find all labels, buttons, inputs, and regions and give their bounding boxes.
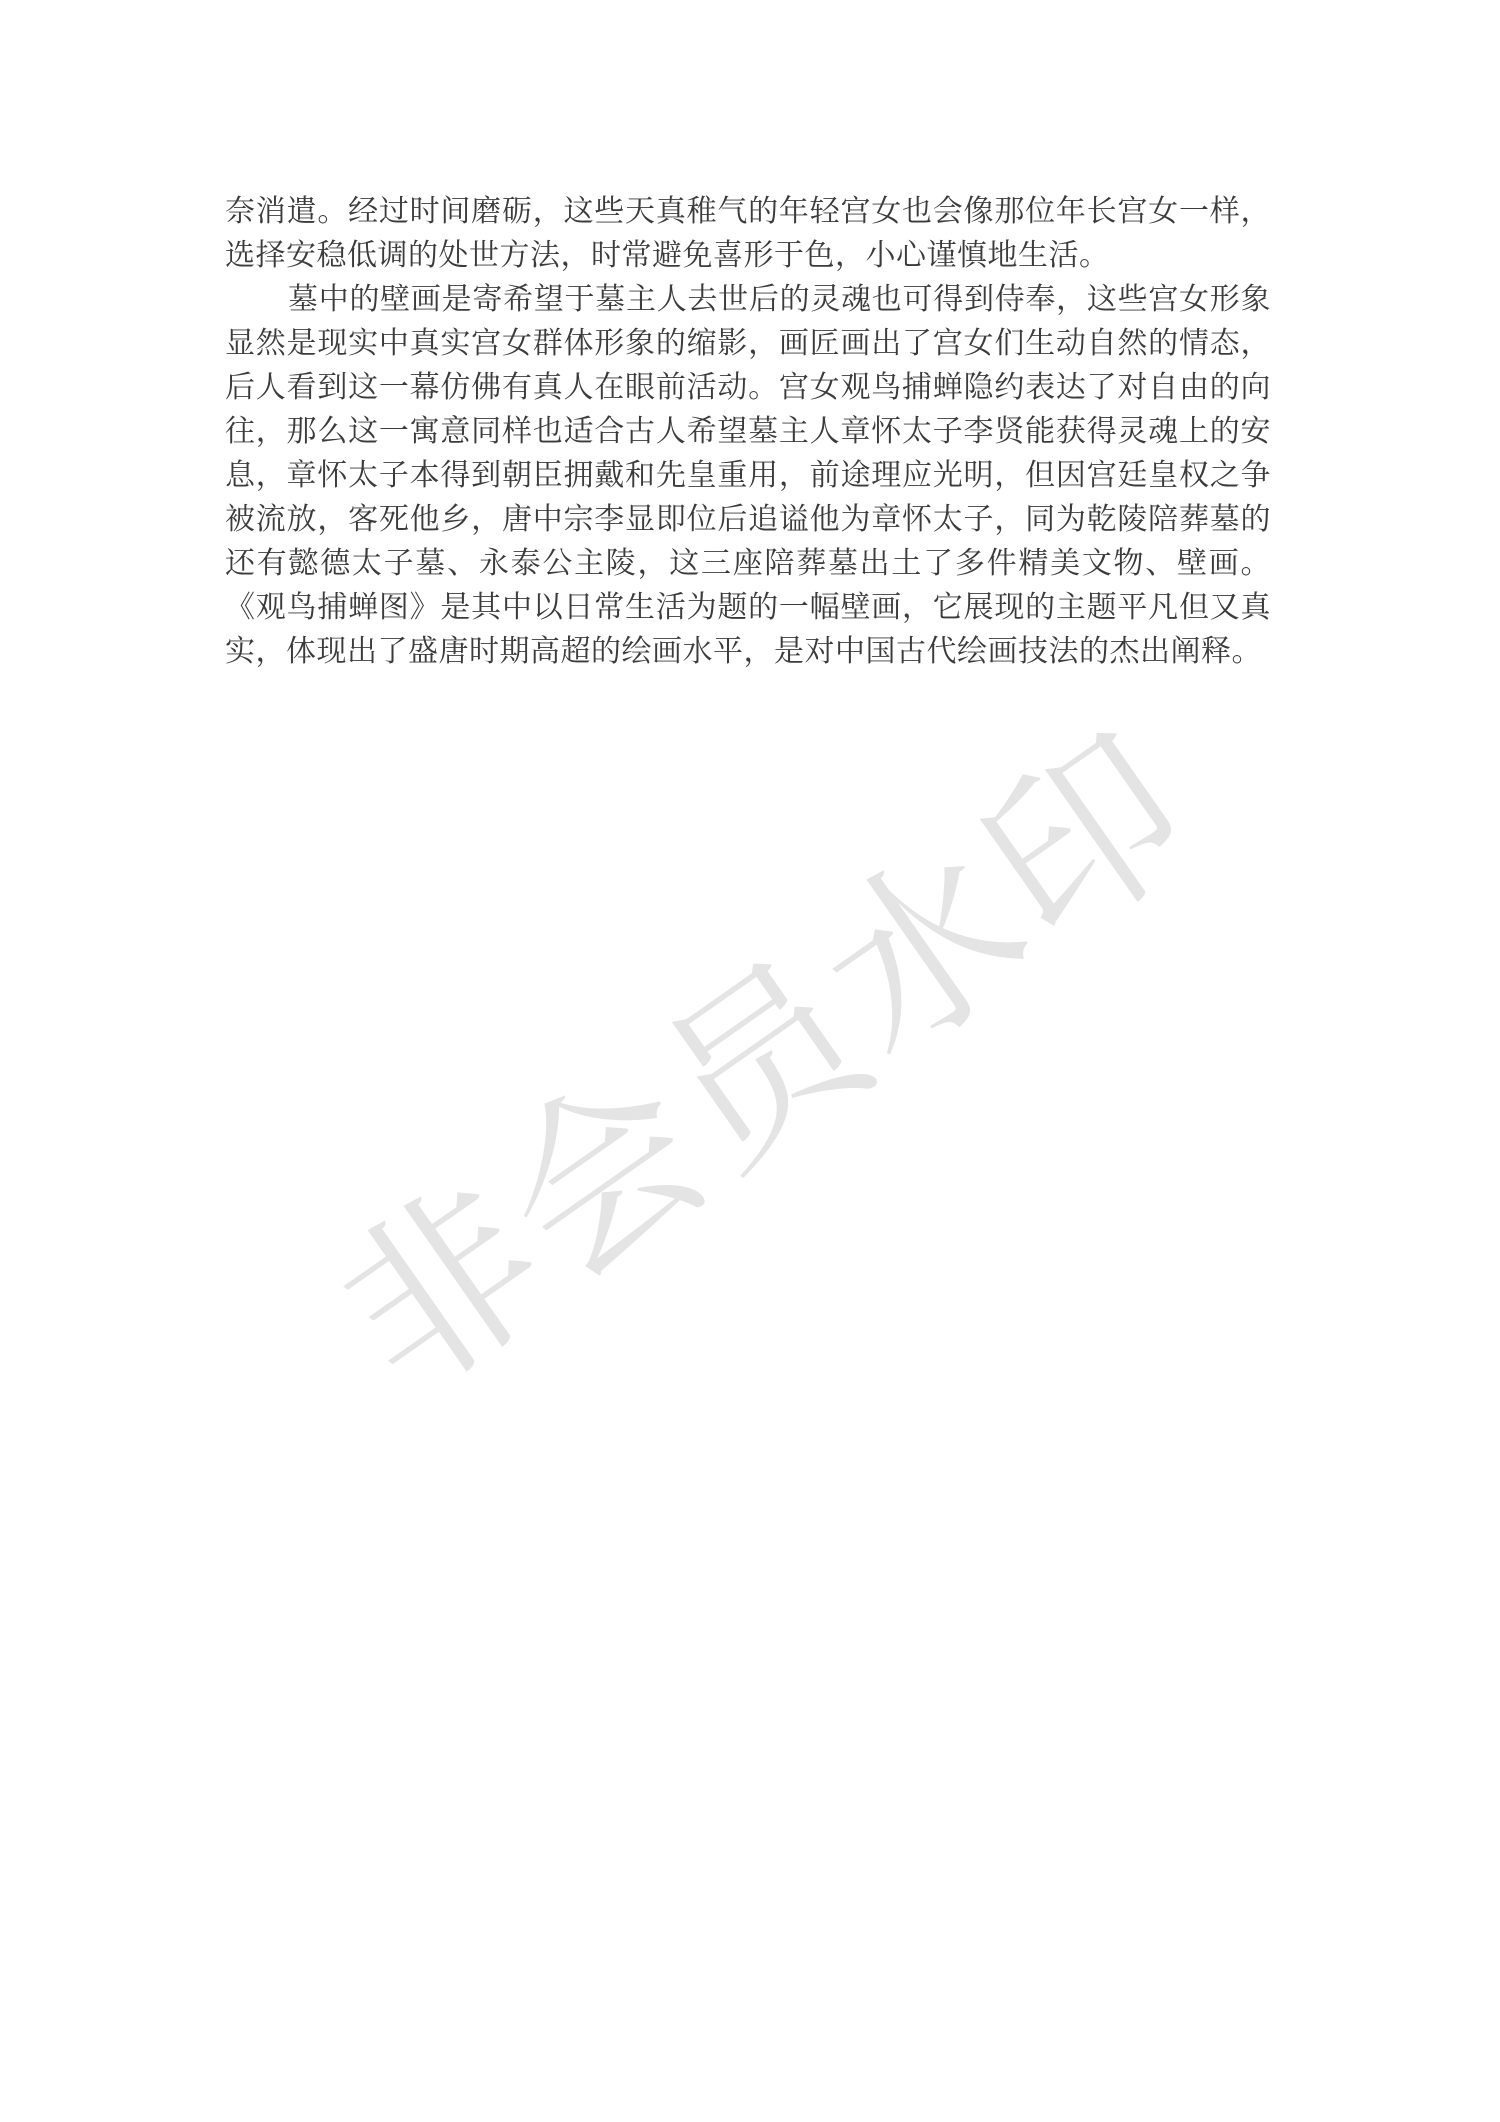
paragraph-body: 墓中的壁画是寄希望于墓主人去世后的灵魂也可得到侍奉，这些宫女形象显然是现实中真实… [225,278,1271,674]
document-page: 非会员水印 奈消遣。经过时间磨砺，这些天真稚气的年轻宫女也会像那位年长宫女一样，… [0,0,1500,2122]
text-content: 奈消遣。经过时间磨砺，这些天真稚气的年轻宫女也会像那位年长宫女一样，选择安稳低调… [225,190,1271,674]
watermark-text: 非会员水印 [278,657,1237,1443]
paragraph-continuation: 奈消遣。经过时间磨砺，这些天真稚气的年轻宫女也会像那位年长宫女一样，选择安稳低调… [225,190,1271,278]
